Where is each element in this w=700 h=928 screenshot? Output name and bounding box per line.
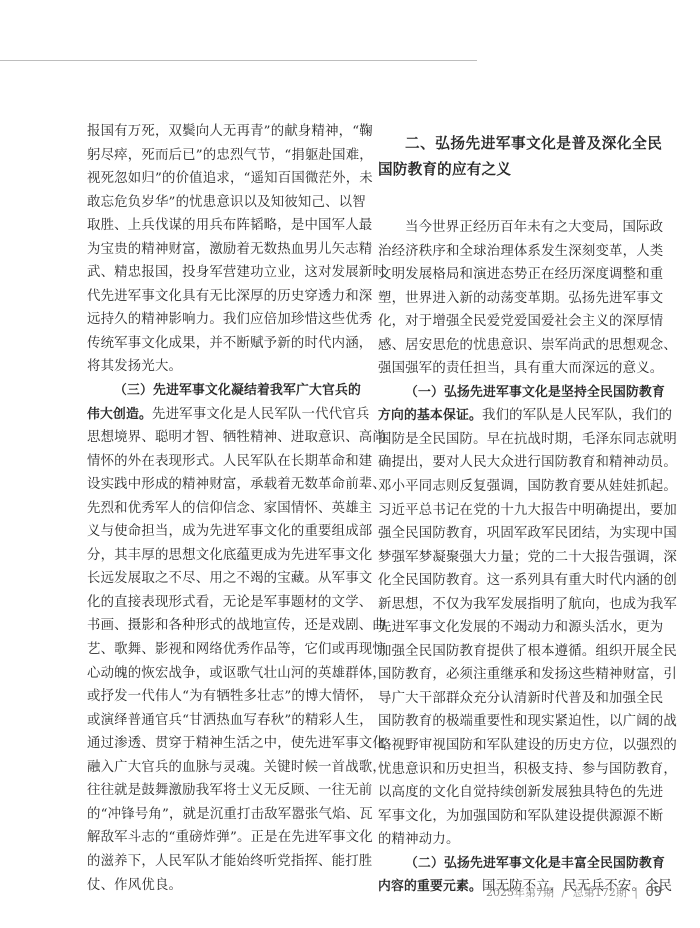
text-line: 或演绎普通官兵“甘洒热血写春秋”的精彩人生， <box>87 709 357 733</box>
paragraph-continued: 报国有万死，双鬓向人无再青”的献身精神，“鞠 躬尽瘁，死而后已”的忠烈气节，“捐… <box>87 120 357 379</box>
subsection-heading-end: 伟大创造。 <box>87 407 152 422</box>
issue-label: 2025年第7期 <box>486 886 554 899</box>
text-line: 塑，世界进入新的动荡变革期。弘扬先进军事文 <box>378 287 662 311</box>
text-line: 国防教育，必须注重继承和发扬这些精神财富，引 <box>378 663 662 687</box>
text-line: 代先进军事文化具有无比深厚的历史穿透力和深 <box>87 285 357 309</box>
text-line: 情怀的外在表现形式。人民军队在长期革命和建 <box>87 450 357 474</box>
text-line: 确提出，要对人民大众进行国防教育和精神动员。 <box>378 451 662 475</box>
subsection-heading: （三）先进军事文化凝结着我军广大官兵的 <box>87 379 357 403</box>
text-line: 以高度的文化自觉持续创新发展独具特色的先进 <box>378 781 662 805</box>
subsection-3: （三）先进军事文化凝结着我军广大官兵的 伟大创造。先进军事文化是人民军队一代代官… <box>87 379 357 897</box>
text-span: 先进军事文化是人民军队一代代官兵 <box>152 407 369 422</box>
text-line: 新思想，不仅为我军发展指明了航向，也成为我军 <box>378 593 662 617</box>
text-line: 分，其丰厚的思想文化底蕴更成为先进军事文化 <box>87 544 357 568</box>
text-line: 为宝贵的精神财富，激励着无数热血男儿矢志精 <box>87 238 357 262</box>
text-line: 先进军事文化发展的不竭动力和源头活水，更为 <box>378 616 662 640</box>
text-line: 躬尽瘁，死而后已”的忠烈气节，“捐躯赴国难， <box>87 144 357 168</box>
page-footer: 2025年第7期 / 总第172期 | 09 <box>486 884 662 900</box>
text-line: 或抒发一代伟人“为有牺牲多壮志”的博大情怀， <box>87 685 357 709</box>
text-line: 通过渗透、贯穿于精神生活之中，使先进军事文化 <box>87 732 357 756</box>
text-line: 国防是全民国防。早在抗战时期，毛泽东同志就明 <box>378 428 662 452</box>
subsection-heading: （二）弘扬先进军事文化是丰富全民国防教育 <box>378 852 662 876</box>
text-line: 化，对于增强全民爱党爱国爱社会主义的深厚情 <box>378 310 662 334</box>
text-line: 习近平总书记在党的十九大报告中明确提出，要加 <box>378 499 662 523</box>
text-line: 先烈和优秀军人的信仰信念、家国情怀、英雄主 <box>87 497 357 521</box>
text-line: 往往就是鼓舞激励我军将士义无反顾、一往无前 <box>87 779 357 803</box>
text-line: 的“冲锋号角”，就是沉重打击敌军嚣张气焰、瓦 <box>87 803 357 827</box>
subsection-1: （一）弘扬先进军事文化是坚持全民国防教育 方向的基本保证。我们的军队是人民军队，… <box>378 381 662 852</box>
text-line: 视死忽如归”的价值追求，“遥知百国微茫外，未 <box>87 167 357 191</box>
text-line: 略视野审视国防和军队建设的历史方位，以强烈的 <box>378 734 662 758</box>
text-line: 强国强军的责任担当，具有重大而深远的意义。 <box>378 357 662 381</box>
subsection-heading-end: 方向的基本保证。 <box>378 408 482 423</box>
text-line: 国防教育的极端重要性和现实紧迫性，以广阔的战 <box>378 710 662 734</box>
text-line: 梦强军梦凝聚强大力量；党的二十大报告强调，深 <box>378 546 662 570</box>
text-line: 邓小平同志则反复强调，国防教育要从娃娃抓起。 <box>378 475 662 499</box>
footer-bar: | <box>634 886 638 899</box>
text-line: 军事文化，为加强国防和军队建设提供源源不断 <box>378 805 662 829</box>
subsection-heading-end: 内容的重要元素。 <box>378 879 482 894</box>
text-line: 报国有万死，双鬓向人无再青”的献身精神，“鞠 <box>87 120 357 144</box>
text-line: 加强全民国防教育提供了根本遵循。组织开展全民 <box>378 640 662 664</box>
section-title-line: 国防教育的应有之义 <box>378 157 662 183</box>
text-line: 伟大创造。先进军事文化是人民军队一代代官兵 <box>87 403 357 427</box>
text-line: 敢忘危负岁华”的忧患意识以及知彼知己、以智 <box>87 191 357 215</box>
text-line: 艺、歌舞、影视和网络优秀作品等，它们或再现惊 <box>87 638 357 662</box>
text-line: 武、精忠报国，投身军营建功立业，这对发展新时 <box>87 261 357 285</box>
text-line: 思想境界、聪明才智、牺牲精神、进取意识、高尚 <box>87 426 357 450</box>
text-line: 融入广大官兵的血脉与灵魂。关键时候一首战歌， <box>87 756 357 780</box>
text-line: 忧患意识和历史担当，积极支持、参与国防教育， <box>378 758 662 782</box>
subsection-heading: （一）弘扬先进军事文化是坚持全民国防教育 <box>378 381 662 405</box>
text-line: 义与使命担当，成为先进军事文化的重要组成部 <box>87 520 357 544</box>
text-span: 我们的军队是人民军队，我们的 <box>482 408 672 423</box>
text-line: 当今世界正经历百年未有之大变局，国际政 <box>378 216 662 240</box>
text-line: 文明发展格局和演进态势正在经历深度调整和重 <box>378 263 662 287</box>
text-line: 方向的基本保证。我们的军队是人民军队，我们的 <box>378 404 662 428</box>
spacer <box>378 183 662 210</box>
text-line: 的滋养下，人民军队才能始终听党指挥、能打胜 <box>87 850 357 874</box>
text-line: 解敌军斗志的“重磅炸弹”。正是在先进军事文化 <box>87 826 357 850</box>
text-line: 仗、作风优良。 <box>87 874 357 898</box>
section-title: 二、弘扬先进军事文化是普及深化全民 国防教育的应有之义 <box>378 131 662 183</box>
text-line: 强全民国防教育，巩固军政军民团结，为实现中国 <box>378 522 662 546</box>
text-line: 设实践中形成的精神财富，承载着无数革命前辈、 <box>87 473 357 497</box>
text-line: 感、居安思危的忧患意识、崇军尚武的思想观念、 <box>378 334 662 358</box>
text-line: 导广大干部群众充分认清新时代普及和加强全民 <box>378 687 662 711</box>
right-column: 二、弘扬先进军事文化是普及深化全民 国防教育的应有之义 当今世界正经历百年未有之… <box>378 131 662 899</box>
section-title-line: 二、弘扬先进军事文化是普及深化全民 <box>378 131 662 157</box>
text-line: 心动魄的恢宏战争，或讴歌气壮山河的英雄群体， <box>87 662 357 686</box>
footer-separator: / <box>562 886 566 899</box>
text-line: 长远发展取之不尽、用之不竭的宝藏。从军事文 <box>87 567 357 591</box>
intro-paragraph: 当今世界正经历百年未有之大变局，国际政 治经济秩序和全球治理体系发生深刻变革，人… <box>378 216 662 381</box>
left-column: 报国有万死，双鬓向人无再青”的献身精神，“鞠 躬尽瘁，死而后已”的忠烈气节，“捐… <box>87 120 357 897</box>
page-number: 09 <box>645 885 662 900</box>
text-line: 书画、摄影和各种形式的战地宣传，还是戏剧、曲 <box>87 614 357 638</box>
total-issue-label: 总第172期 <box>573 886 627 899</box>
text-line: 传统军事文化成果，并不断赋予新的时代内涵， <box>87 332 357 356</box>
text-line: 的精神动力。 <box>378 828 662 852</box>
text-line: 化全民国防教育。这一系列具有重大时代内涵的创 <box>378 569 662 593</box>
text-line: 远持久的精神影响力。我们应倍加珍惜这些优秀 <box>87 308 357 332</box>
text-line: 将其发扬光大。 <box>87 355 357 379</box>
text-line: 取胜、上兵伐谋的用兵布阵韬略，是中国军人最 <box>87 214 357 238</box>
text-line: 治经济秩序和全球治理体系发生深刻变革，人类 <box>378 240 662 264</box>
text-line: 化的直接表现形式看，无论是军事题材的文学、 <box>87 591 357 615</box>
header-rule <box>0 60 477 61</box>
